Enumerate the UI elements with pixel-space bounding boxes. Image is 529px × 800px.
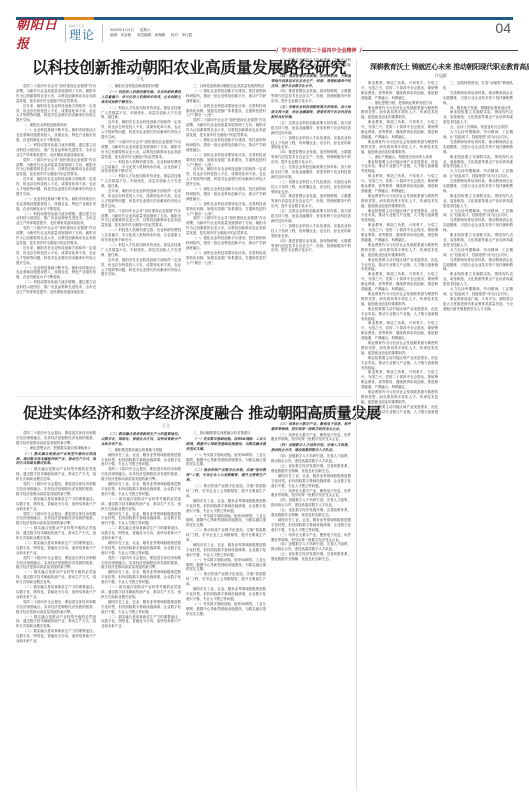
column-divider (356, 60, 357, 790)
paragraph: （二）数实融合是培育新质生产力的重要途径。以数字化、网络化、智能化为方向，加快培… (16, 541, 96, 556)
paragraph: （二）加快农业科技成果转化应用。完善科技成果转化机制，加强农技推广体系建设，打通… (186, 251, 266, 266)
paragraph: 朝阳市在工业、农业、服务业等领域积极推进数字化转型，但仍面临数字基础设施薄弱、企… (101, 600, 181, 615)
paragraph: 职业院校要主动对接区域产业发展需求，优化专业布局，推动专业链与产业链、人才链与创… (361, 258, 438, 273)
paragraph: 近年来，朝阳市在农业科技创新方面取得一定成效，但也存在科技投入不足、成果转化率不… (16, 177, 96, 197)
paragraph: （一）科技投入机制仍需完善。农业科研经费投入总量偏少，多元化投入机制尚未形成，企… (101, 160, 181, 175)
paragraph: 朝阳市在工业、农业、服务业等领域积极推进数字化转型，但仍面临数字基础设施薄弱、企… (101, 482, 181, 497)
paragraph: （二）科技成果转化能力逐步增强。通过建立农业科技示范园区、推广优良品种和先进技术… (16, 212, 96, 227)
paragraph: （一）夯实数字基础设施。加快5G网络、工业互联网、数据中心等新型基础设施建设，为… (186, 514, 266, 529)
subheading: （五）完善农业科技创新政策支持体系。加大财政支持力度，优化金融服务，营造有利于农… (271, 105, 351, 120)
paragraph: 党的二十届四中全会对“加快建设农业强国”作出部署，为新时代农业高质量发展指明了方… (16, 84, 96, 104)
paragraph: 党的二十届四中全会对“加快建设农业强国”作出部署，为新时代农业高质量发展指明了方… (101, 209, 181, 229)
article-author: 王立 (162, 423, 170, 429)
paragraph: （三）加强农业科技人才队伍建设。实施农业科技人才培育工程，培养懂农业、爱农村、爱… (271, 180, 351, 195)
theme-banner: / 学习贯彻党的二十届四中全会精神 / (120, 46, 518, 54)
paragraph: 职业院校要主动对接区域产业发展需求，优化专业布局，推动专业链与产业链、人才链与创… (361, 405, 438, 420)
paragraph: 大力弘扬劳模精神、劳动精神、工匠精神，让“技能成才、技能报国”成为社会共识。 (443, 169, 513, 179)
paragraph: （五）优化数字经济发展环境。完善政策体系，强化数据安全保障，营造良好创新生态。 (271, 552, 351, 562)
proofreader-credit: 校对：李红霞 (171, 33, 192, 38)
article-column: 职业教育，铸造之所系，兴邦育才，为党之兴、为国之兴。党的二十届四中全会提出，要统… (361, 81, 438, 791)
paragraph: （四）加强数字人才培养引进。完善人才政策，推动校企合作，建设高素质数字人才队伍。 (271, 498, 351, 508)
paragraph: 朝阳市在工业、农业、服务业等领域积极推进数字化转型，但仍面临数字基础设施薄弱、企… (271, 474, 351, 489)
section-heading: 二、朝阳农业科技创新面临的问题 (101, 84, 181, 89)
paragraph: （一）数实融合是推动产业转型升级的必然选择。通过数字技术赋能传统产业，推动生产方… (16, 467, 96, 482)
paragraph: 职业教育，铸造之所系，兴邦育才，为党之兴、为国之兴。党的二十届四中全会提出，要统… (361, 272, 438, 292)
paragraph: （二）数实融合是培育新质生产力的重要途径。以数字化、网络化、智能化为方向，加快培… (16, 497, 96, 512)
paragraph: （一）夯实数字基础设施。加快5G网络、工业互联网、数据中心等新型基础设施建设，为… (186, 602, 266, 617)
page-number: 04 (495, 20, 511, 36)
paragraph: 朝阳市在工业、农业、服务业等领域积极推进数字化转型，但仍面临数字基础设施薄弱、企… (186, 499, 266, 514)
paragraph: （二）科技人才队伍结构有待优化。基层农技推广人员数量不足、年龄老化，高层次创新人… (101, 174, 181, 189)
paragraph: 党的二十届四中全会对“加快建设农业强国”作出部署，为新时代农业高质量发展指明了方… (16, 226, 96, 246)
paragraph: （三）培育壮大数字产业。聚焦电子信息、软件服务等领域，招引培育一批数字经济龙头企… (271, 433, 351, 443)
paragraph: （一）科技投入机制仍需完善。农业科研经费投入总量偏少，多元化投入机制尚未形成，企… (101, 228, 181, 243)
paragraph: 职业教育作为与经济社会发展联系最为紧密的教育类型，肩负着培养多样化人才、传承技术… (361, 292, 438, 307)
paragraph: 职业教育，铸造之所系，兴邦育才，为党之兴、为国之兴。党的二十届四中全会提出，要统… (361, 370, 438, 390)
paragraph: （一）强化农业科技创新平台建设。依托高校和科研院所，建设一批农业科技创新平台，推… (186, 138, 266, 153)
paragraph: （四）推进智慧农业发展。加快物联网、大数据等现代信息技术在农业生产、经营、管理和… (271, 194, 351, 209)
paragraph: 职业院校要主动对接区域产业发展需求，优化专业布局，推动专业链与产业链、人才链与创… (361, 209, 438, 224)
paragraph: 职业教育，铸造之所系，兴邦育才，为党之兴、为国之兴。党的二十届四中全会提出，要统… (361, 81, 438, 101)
section-heading: 二、深化产教融合，构建校企协同育人体系 (361, 155, 438, 160)
paragraph: （二）加快农业科技成果转化应用。完善科技成果转化机制，加强农技推广体系建设，打通… (186, 202, 266, 217)
paragraph: 职业教育，铸造之所系，兴邦育才，为党之兴、为国之兴。党的二十届四中全会提出，要统… (361, 174, 438, 194)
paragraph: 职业教育作为与经济社会发展联系最为紧密的教育类型，肩负着培养多样化人才、传承技术… (361, 194, 438, 209)
subheading: （四）推进智慧农业发展。加快物联网、大数据等现代信息技术在农业生产、经营、管理和… (271, 74, 351, 89)
paragraph: 党的二十届四中全会对“加快建设农业强国”作出部署，为新时代农业高质量发展指明了方… (186, 216, 266, 236)
paragraph: 完善教师培养培训体系，推动教师到企业实践锻炼，引进行业企业技术骨干担任兼职教师。 (443, 218, 513, 233)
subheading: （三）培育壮大数字产业。聚焦电子信息、软件服务等领域，招引培育一批数字经济龙头企… (271, 422, 351, 432)
paragraph: 党的二十届四中全会提出，要促进实体经济和数字经济深度融合。实体经济是朝阳经济发展… (16, 431, 96, 446)
paragraph: （四）推进智慧农业发展。加快物联网、大数据等现代信息技术在农业生产、经营、管理和… (271, 239, 351, 254)
banner-rule-left (120, 50, 276, 51)
paragraph: （五）优化数字经济发展环境。完善政策体系，强化数据安全保障，营造良好创新生态。 (271, 508, 351, 518)
paragraph: 近年来，朝阳市在农业科技创新方面取得一定成效，但也存在科技投入不足、成果转化率不… (186, 167, 266, 187)
paragraph: 朝阳市在工业、农业、服务业等领域积极推进数字化转型，但仍面临数字基础设施薄弱、企… (101, 512, 181, 527)
paragraph: 完善教师培养培训体系，推动教师到企业实践锻炼，引进行业企业技术骨干担任兼职教师。 (443, 140, 513, 155)
paragraph: （一）强化农业科技创新平台建设。依托高校和科研院所，建设一批农业科技创新平台，推… (186, 236, 266, 251)
banner-text: 学习贯彻党的二十届四中全会精神 (279, 47, 360, 54)
subheading: （二）推动传统产业数字化改造。实施“智改数转”工程，引导企业上云用数赋智，提升全… (186, 468, 266, 483)
paragraph: （一）夯实数字基础设施。加快5G网络、工业互联网、数据中心等新型基础设施建设，为… (186, 453, 266, 468)
article-headline: 深耕教育沃土 铸就匠心未来 推动朝阳现代职业教育高质量发展 (370, 62, 529, 72)
masthead: 朝阳日报 新闻天天见 理论 2025年4月4日 星期六 编辑：刘金敏 视觉编辑：… (16, 22, 192, 44)
paragraph: （三）加强农业科技人才队伍建设。实施农业科技人才培育工程，培养懂农业、爱农村、爱… (271, 136, 351, 151)
paragraph: 职业教育，铸造之所系，兴邦育才，为党之兴、为国之兴。党的二十届四中全会提出，要统… (361, 120, 438, 140)
paragraph: 职业院校要立足朝阳实际，围绕现代农业、装备制造、文化旅游等重点产业培养高素质技术… (443, 194, 513, 209)
paragraph: 职业教育作为与经济社会发展联系最为紧密的教育类型，肩负着培养多样化人才、传承技术… (361, 243, 438, 258)
subheading: （四）加强数字人才培养引进。完善人才政策，推动校企合作，建设高素质数字人才队伍。 (271, 443, 351, 453)
paragraph: 完善教师培养培训体系，推动教师到企业实践锻炼，引进行业企业技术骨干担任兼职教师。 (443, 91, 513, 106)
subheading: （一）科技投入机制仍需完善。农业科研经费投入总量偏少，多元化投入机制尚未形成，企… (101, 90, 181, 105)
subheading: （二）数实融合是培育新质生产力的重要途径。以数字化、网络化、智能化为方向，加快培… (101, 432, 181, 447)
section-heading: 一、深化思想认识，把握数实融合的战略意义 (16, 446, 96, 451)
paragraph: 党的二十届四中全会提出，要促进实体经济和数字经济深度融合。实体经济是朝阳经济发展… (16, 556, 96, 571)
article-divider (16, 396, 354, 397)
paragraph: （一）夯实数字基础设施。加快5G网络、工业互联网、数据中心等新型基础设施建设，为… (186, 558, 266, 573)
paragraph: （五）完善农业科技创新政策支持体系。加大财政支持力度，优化金融服务，营造有利于农… (271, 165, 351, 180)
paragraph: （一）农业科技基础不断夯实。朝阳市持续加大农业基础设施建设投入，设施农业、特色产… (16, 266, 96, 281)
edition-meta: 2025年4月4日 星期六 编辑：刘金敏 视觉编辑：赛海鹏 校对：李红霞 (110, 28, 192, 38)
section-heading: 一、强化思想引领，把准职业教育发展方向 (361, 101, 438, 106)
section-heading: 三、推动朝阳数实深度融合的对策建议 (186, 431, 266, 436)
paragraph: 朝阳市在工业、农业、服务业等领域积极推进数字化转型，但仍面临数字基础设施薄弱、企… (186, 587, 266, 602)
paragraph: 朝阳市在工业、农业、服务业等领域积极推进数字化转型，但仍面临数字基础设施薄弱、企… (101, 453, 181, 468)
section-title: 理论 (69, 28, 95, 42)
paragraph: （二）加快农业科技成果转化应用。完善科技成果转化机制，加强农技推广体系建设，打通… (186, 153, 266, 168)
paragraph: 近年来，朝阳市在农业科技创新方面取得一定成效，但也存在科技投入不足、成果转化率不… (16, 104, 96, 124)
divider (102, 24, 103, 42)
paragraph: 党的二十届四中全会提出，要促进实体经济和数字经济深度融合。实体经济是朝阳经济发展… (16, 600, 96, 615)
paragraph: （一）数实融合是推动产业转型升级的必然选择。通过数字技术赋能传统产业，推动生产方… (16, 526, 96, 541)
article-column: 二、朝阳农业科技创新面临的问题 （一）科技投入机制仍需完善。农业科研经费投入总量… (101, 84, 181, 390)
paragraph: （三）培育壮大数字产业。聚焦电子信息、软件服务等领域，招引培育一批数字经济龙头企… (271, 489, 351, 499)
article-column: 三、加强师资建设，打造“双师型”教师队伍 完善教师培养培训体系，推动教师到企业实… (443, 81, 513, 791)
paragraph: （一）数实融合是推动产业转型升级的必然选择。通过数字技术赋能传统产业，推动生产方… (16, 570, 96, 585)
paragraph: （一）强化农业科技创新平台建设。依托高校和科研院所，建设一批农业科技创新平台，推… (186, 187, 266, 202)
paragraph: 近年来，朝阳市在农业科技创新方面取得一定成效，但也存在科技投入不足、成果转化率不… (101, 189, 181, 209)
paragraph: （二）科技人才队伍结构有待优化。基层农技推广人员数量不足、年龄老化，高层次创新人… (101, 243, 181, 258)
paragraph: （一）农业科技基础不断夯实。朝阳市持续加大农业基础设施建设投入，设施农业、特色产… (16, 197, 96, 212)
paragraph: （二）数实融合是培育新质生产力的重要途径。以数字化、网络化、智能化为方向，加快培… (16, 629, 96, 644)
paragraph: 职业教育，铸造之所系，兴邦育才，为党之兴、为国之兴。党的二十届四中全会提出，要统… (361, 321, 438, 341)
paragraph: 党的二十届四中全会对“加快建设农业强国”作出部署，为新时代农业高质量发展指明了方… (186, 118, 266, 138)
paragraph: 完善教师培养培训体系，推动教师到企业实践锻炼，引进行业企业技术骨干担任兼职教师。 (443, 179, 513, 194)
paragraph: （二）数实融合是培育新质生产力的重要途径。以数字化、网络化、智能化为方向，加快培… (101, 526, 181, 541)
paragraph: （四）推进智慧农业发展。加快物联网、大数据等现代信息技术在农业生产、经营、管理和… (271, 89, 351, 104)
paragraph: （二）科技成果转化能力逐步增强。通过建立农业科技示范园区、推广优良品种和先进技术… (16, 143, 96, 158)
article-column: （二）数实融合是培育新质生产力的重要途径。以数字化、网络化、智能化为方向，加快培… (101, 431, 181, 791)
article-author: 许冠群 (435, 73, 447, 79)
paragraph: 大力弘扬劳模精神、劳动精神、工匠精神，让“技能成才、技能报国”成为社会共识。 (443, 209, 513, 219)
paragraph: （二）科技人才队伍结构有待优化。基层农技推广人员数量不足、年龄老化，高层次创新人… (101, 106, 181, 121)
paragraph: 职业教育，铸造之所系，兴邦育才，为党之兴、为国之兴。党的二十届四中全会提出，要统… (361, 223, 438, 243)
paragraph: （五）优化数字经济发展环境。完善政策体系，强化数据安全保障，营造良好创新生态。 (271, 464, 351, 474)
paragraph: 职业教育作为与经济社会发展联系最为紧密的教育类型，肩负着培养多样化人才、传承技术… (361, 140, 438, 155)
paragraph: （三）培育壮大数字产业。聚焦电子信息、软件服务等领域，招引培育一批数字经济龙头企… (271, 533, 351, 543)
paragraph: 职业教育作为与经济社会发展联系最为紧密的教育类型，肩负着培养多样化人才、传承技术… (361, 341, 438, 356)
paragraph: （二）推动传统产业数字化改造。实施“智改数转”工程，引导企业上云用数赋智，提升全… (186, 572, 266, 587)
article-column: 党的二十届四中全会提出，要促进实体经济和数字经济深度融合。实体经济是朝阳经济发展… (16, 431, 96, 791)
paragraph: 职业院校要主动对接区域产业发展需求，优化专业布局，推动专业链与产业链、人才链与创… (361, 356, 438, 371)
paragraph: 朝阳市在工业、农业、服务业等领域积极推进数字化转型，但仍面临数字基础设施薄弱、企… (101, 570, 181, 585)
paragraph: 完善教师培养培训体系，推动教师到企业实践锻炼，引进行业企业技术骨干担任兼职教师。 (443, 258, 513, 273)
paragraph: 职业教育作为与经济社会发展联系最为紧密的教育类型，肩负着培养多样化人才、传承技术… (361, 106, 438, 121)
editor-credit: 编辑：刘金敏 (110, 33, 131, 38)
paragraph: 党的二十届四中全会对“加快建设农业强国”作出部署，为新时代农业高质量发展指明了方… (16, 158, 96, 178)
paragraph: 大力弘扬劳模精神、劳动精神、工匠精神，让“技能成才、技能报国”成为社会共识。 (443, 130, 513, 140)
masthead-accent-bar (64, 17, 94, 20)
paragraph: 职业院校要立足朝阳实际，围绕现代农业、装备制造、文化旅游等重点产业培养高素质技术… (443, 155, 513, 170)
paragraph: （二）推动传统产业数字化改造。实施“智改数转”工程，引导企业上云用数赋智，提升全… (186, 484, 266, 499)
paragraph: 职业教育前途广阔、大有可为。朝阳将以更大力度推进现代职业教育高质量发展，为全面振… (443, 297, 513, 312)
paragraph: （二）数实融合是培育新质生产力的重要途径。以数字化、网络化、智能化为方向，加快培… (101, 615, 181, 630)
paragraph: （四）推进智慧农业发展。加快物联网、大数据等现代信息技术在农业生产、经营、管理和… (271, 150, 351, 165)
subheading: （一）数实融合是推动产业转型升级的必然选择。通过数字技术赋能传统产业，推动生产方… (16, 452, 96, 467)
paragraph: 党的二十届四中全会提出，要促进实体经济和数字经济深度融合。实体经济是朝阳经济发展… (16, 482, 96, 497)
paragraph: 近年来，朝阳市在农业科技创新方面取得一定成效，但也存在科技投入不足、成果转化率不… (101, 120, 181, 140)
paragraph: 党的二十届四中全会提出，要促进实体经济和数字经济深度融合。实体经济是朝阳经济发展… (101, 556, 181, 571)
paragraph: （一）数实融合是推动产业转型升级的必然选择。通过数字技术赋能传统产业，推动生产方… (101, 585, 181, 600)
subheading: （一）夯实数字基础设施。加快5G网络、工业互联网、数据中心等新型基础设施建设，为… (186, 437, 266, 452)
paragraph: （五）完善农业科技创新政策支持体系。加大财政支持力度，优化金融服务，营造有利于农… (271, 209, 351, 224)
newspaper-logo: 朝阳日报 (16, 14, 62, 52)
paragraph: 朝阳市在工业、农业、服务业等领域积极推进数字化转型，但仍面临数字基础设施薄弱、企… (271, 518, 351, 533)
article-column: 三、以科技创新推动朝阳农业高质量发展的路径 （一）强化农业科技创新平台建设。依托… (186, 84, 266, 390)
article-column: （三）加强农业科技人才队伍建设。实施农业科技人才培育工程，培养懂农业、爱农村、爱… (271, 58, 351, 390)
visual-editor-credit: 视觉编辑：赛海鹏 (137, 33, 165, 38)
paragraph: 职业院校要立足朝阳实际，围绕现代农业、装备制造、文化旅游等重点产业培养高素质技术… (443, 233, 513, 248)
paragraph: 近年来，朝阳市在农业科技创新方面取得一定成效，但也存在科技投入不足、成果转化率不… (101, 258, 181, 278)
paragraph: （二）科技成果转化能力逐步增强。通过建立农业科技示范园区、推广优良品种和先进技术… (16, 280, 96, 295)
paragraph: 大力弘扬劳模精神、劳动精神、工匠精神，让“技能成才、技能报国”成为社会共识。 (443, 248, 513, 258)
paragraph: （二）数实融合是培育新质生产力的重要途径。以数字化、网络化、智能化为方向，加快培… (16, 585, 96, 600)
paragraph: （一）农业科技基础不断夯实。朝阳市持续加大农业基础设施建设投入，设施农业、特色产… (16, 128, 96, 143)
article-author: 于礼 (136, 76, 144, 82)
paragraph: （一）数实融合是推动产业转型升级的必然选择。通过数字技术赋能传统产业，推动生产方… (101, 497, 181, 512)
paragraph: （一）数实融合是推动产业转型升级的必然选择。通过数字技术赋能传统产业，推动生产方… (16, 615, 96, 630)
paragraph: （五）完善农业科技创新政策支持体系。加大财政支持力度，优化金融服务，营造有利于农… (271, 121, 351, 136)
paragraph: 党的二十届四中全会对“加快建设农业强国”作出部署，为新时代农业高质量发展指明了方… (101, 140, 181, 160)
article-column: 党的二十届四中全会对“加快建设农业强国”作出部署，为新时代农业高质量发展指明了方… (16, 84, 96, 390)
article-column: 三、推动朝阳数实深度融合的对策建议 （一）夯实数字基础设施。加快5G网络、工业互… (186, 431, 266, 791)
paragraph: （三）加强农业科技人才队伍建设。实施农业科技人才培育工程，培养懂农业、爱农村、爱… (271, 224, 351, 239)
paragraph: （四）加强数字人才培养引进。完善人才政策，推动校企合作，建设高素质数字人才队伍。 (271, 542, 351, 552)
divider (65, 24, 66, 42)
paragraph: 朝阳市在工业、农业、服务业等领域积极推进数字化转型，但仍面临数字基础设施薄弱、企… (271, 406, 351, 421)
paragraph: （四）加强数字人才培养引进。完善人才政策，推动校企合作，建设高素质数字人才队伍。 (271, 454, 351, 464)
article-column: 朝阳市在工业、农业、服务业等领域积极推进数字化转型，但仍面临数字基础设施薄弱、企… (271, 406, 351, 791)
paragraph: 职业院校要立足朝阳实际，围绕现代农业、装备制造、文化旅游等重点产业培养高素质技术… (443, 110, 513, 125)
paragraph: （一）强化农业科技创新平台建设。依托高校和科研院所，建设一批农业科技创新平台，推… (186, 89, 266, 104)
banner-rule-right (362, 50, 518, 51)
section-heading: 三、加强师资建设，打造“双师型”教师队伍 (443, 81, 513, 91)
paragraph: 党的二十届四中全会提出，要促进实体经济和数字经济深度融合。实体经济是朝阳经济发展… (101, 467, 181, 482)
paragraph: 职业院校要主动对接区域产业发展需求，优化专业布局，推动专业链与产业链、人才链与创… (361, 307, 438, 322)
paragraph: 职业教育作为与经济社会发展联系最为紧密的教育类型，肩负着培养多样化人才、传承技术… (361, 390, 438, 405)
paragraph: 朝阳市在工业、农业、服务业等领域积极推进数字化转型，但仍面临数字基础设施薄弱、企… (186, 543, 266, 558)
paragraph: 朝阳市在工业、农业、服务业等领域积极推进数字化转型，但仍面临数字基础设施薄弱、企… (101, 541, 181, 556)
paragraph: 党的二十届四中全会提出，要促进实体经济和数字经济深度融合。实体经济是朝阳经济发展… (16, 512, 96, 527)
paragraph: 大力弘扬劳模精神、劳动精神、工匠精神，让“技能成才、技能报国”成为社会共识。 (443, 287, 513, 297)
paragraph: （二）加快农业科技成果转化应用。完善科技成果转化机制，加强农技推广体系建设，打通… (186, 104, 266, 119)
paragraph: （二）推动传统产业数字化改造。实施“智改数转”工程，引导企业上云用数赋智，提升全… (186, 528, 266, 543)
paragraph: 职业院校要立足朝阳实际，围绕现代农业、装备制造、文化旅游等重点产业培养高素质技术… (443, 272, 513, 287)
paragraph: 近年来，朝阳市在农业科技创新方面取得一定成效，但也存在科技投入不足、成果转化率不… (16, 246, 96, 266)
paragraph: 职业院校要主动对接区域产业发展需求，优化专业布局，推动专业链与产业链、人才链与创… (361, 160, 438, 175)
section-label: 新闻天天见 理论 (69, 24, 99, 42)
paragraph: （三）加强农业科技人才队伍建设。实施农业科技人才培育工程，培养懂农业、爱农村、爱… (271, 58, 351, 73)
